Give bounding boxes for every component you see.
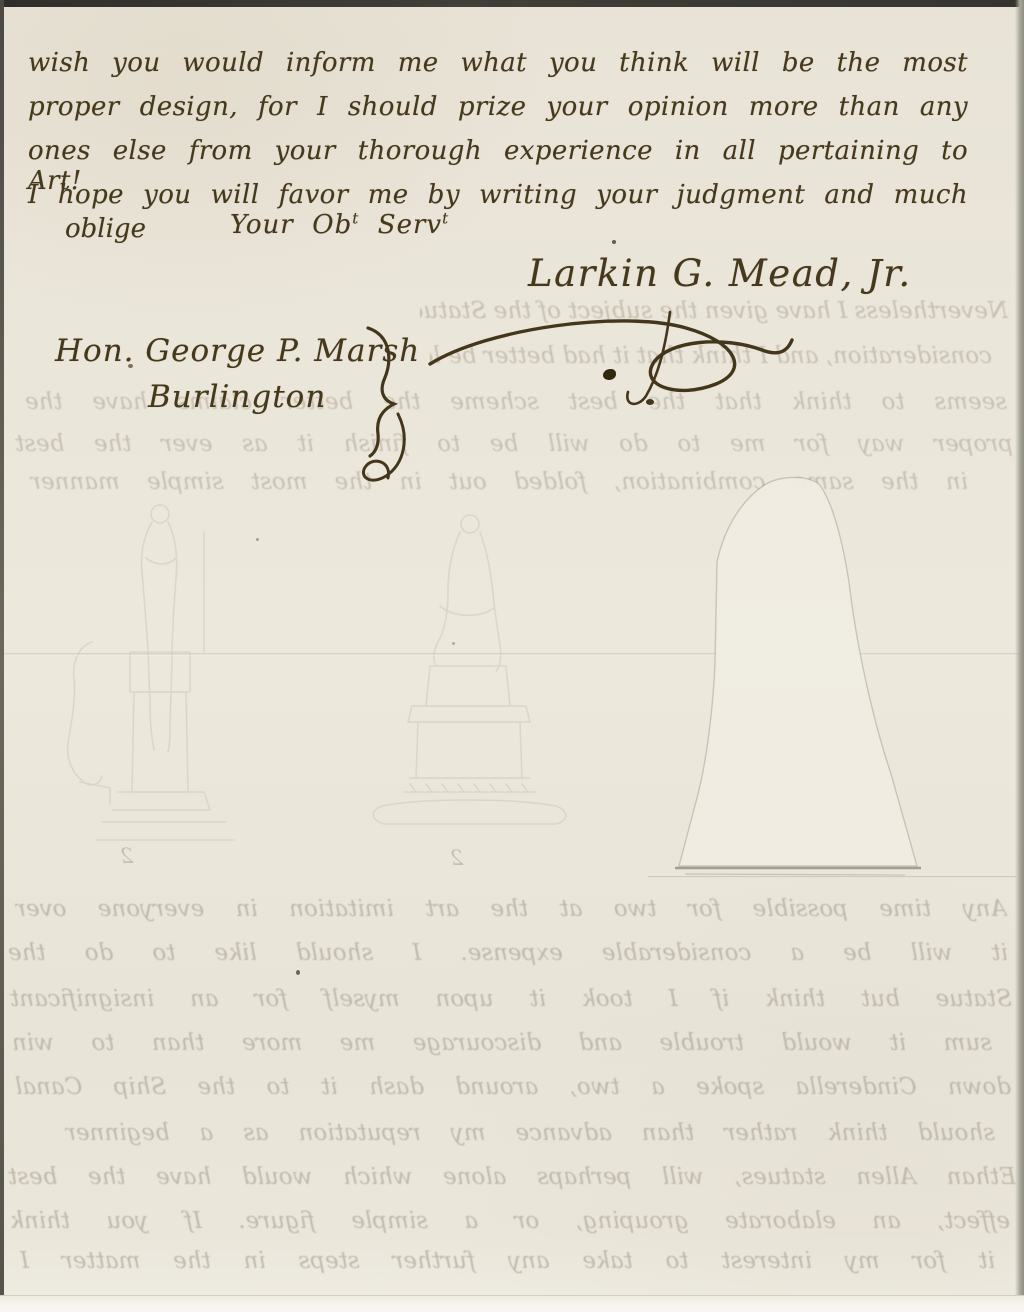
letter-line: wish you would inform me what you think …: [28, 48, 968, 78]
ink-speck: [296, 970, 300, 975]
paper-speck: [452, 642, 455, 645]
scan-edge-bottom: [0, 1295, 1024, 1312]
scanned-letter-page: { "page": { "paper_color": "#ebe6da", "i…: [0, 0, 1024, 1312]
ink-speck: [128, 364, 133, 368]
bleed-line: down Cinderella spoke a two, around dash…: [15, 1074, 1011, 1100]
fold-crease: [648, 876, 1016, 878]
recipient-place: Burlington: [148, 379, 326, 415]
scan-edge-right: [1015, 0, 1024, 1312]
tear-patch: [655, 468, 965, 888]
paper-speck: [256, 538, 259, 541]
page-number-bleed: 2: [450, 846, 463, 870]
bleed-line: should think rather than advance my repu…: [65, 1120, 995, 1146]
letter-line: I hope you will favor me by writing your…: [28, 180, 968, 210]
ink-speck: [612, 240, 616, 244]
bleed-line: it for my interest to take any further s…: [20, 1248, 995, 1274]
seated-statue-sketch-icon: [352, 506, 582, 846]
scan-edge-top: [0, 0, 1024, 7]
bleed-line: it will be a considerable expense. I sho…: [8, 940, 1008, 966]
bleed-line: Statue but think if I took it upon mysel…: [10, 986, 1012, 1012]
standing-statue-sketch-icon: [58, 492, 248, 872]
page-number-bleed: 2: [120, 844, 133, 868]
closing-oblige: oblige: [65, 214, 146, 244]
bleed-line: effect, an elaborate grouping, or a simp…: [10, 1208, 1010, 1234]
bleed-line: proper way for me to do will be to finis…: [15, 431, 1013, 457]
bleed-line: sum it would trouble and discourage me m…: [12, 1030, 992, 1056]
bleed-line: Ethan Allen statues, will perhaps alone …: [8, 1164, 1016, 1190]
signature: Larkin G. Mead, Jr.: [528, 252, 912, 295]
address-brace-icon: [340, 322, 420, 492]
bleed-line: Any time possible for two at the art imi…: [15, 896, 1007, 922]
closing-servant: Your Obt Servt: [230, 210, 449, 240]
signature-flourish-icon: [418, 300, 798, 405]
scan-edge-left: [0, 0, 4, 1312]
letter-line: proper design, for I should prize your o…: [28, 92, 968, 122]
